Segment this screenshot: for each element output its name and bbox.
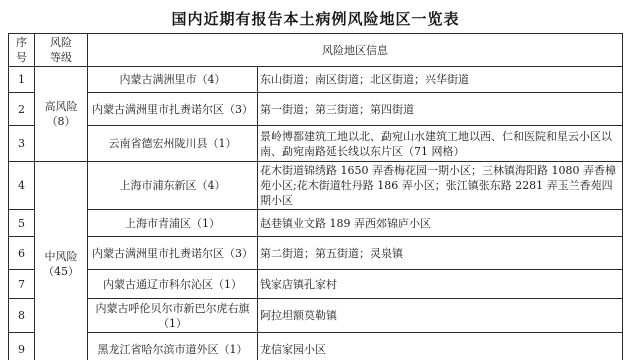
region-cell: 云南省德宏州陇川县（1） <box>88 126 258 162</box>
table-row: 1 高风险 （8） 内蒙古满洲里市（4） 东山街道；南区街道；北区街道；兴华街道 <box>9 67 623 93</box>
table-row: 2 内蒙古满洲里市扎赉诺尔区（3） 第一街道；第三街道；第四街道 <box>9 93 623 126</box>
risk-level-label: 中风险 <box>37 249 85 264</box>
risk-area-table: 序 号 风险 等级 风险地区信息 1 高风险 （8） 内蒙古满洲里市（4） 东山… <box>8 33 623 360</box>
row-index: 6 <box>9 237 35 270</box>
region-cell: 内蒙古满洲里市扎赉诺尔区（3） <box>88 93 258 126</box>
row-index: 8 <box>9 299 35 333</box>
table-row: 4 中风险 （45） 上海市浦东新区（4） 花木街道锦绣路 1650 弄香梅花园… <box>9 162 623 210</box>
info-cell: 龙信家园小区 <box>258 333 623 360</box>
table-header-row: 序 号 风险 等级 风险地区信息 <box>9 34 623 67</box>
info-cell: 花木街道锦绣路 1650 弄香梅花园一期小区；三林镇海阳路 1080 弄香樟苑小… <box>258 162 623 210</box>
row-index: 9 <box>9 333 35 360</box>
header-risk-area-info: 风险地区信息 <box>88 34 623 67</box>
risk-level-count: （8） <box>37 114 85 129</box>
table-row: 9 黑龙江省哈尔滨市道外区（1） 龙信家园小区 <box>9 333 623 360</box>
row-index: 5 <box>9 210 35 237</box>
risk-level-cell-high: 高风险 （8） <box>35 67 88 162</box>
risk-level-label: 高风险 <box>37 99 85 114</box>
table-row: 7 内蒙古通辽市科尔沁区（1） 钱家店镇孔家村 <box>9 270 623 299</box>
info-cell: 阿拉坦额莫勒镇 <box>258 299 623 333</box>
region-cell: 内蒙古呼伦贝尔市新巴尔虎右旗（1） <box>88 299 258 333</box>
row-index: 1 <box>9 67 35 93</box>
header-risk-level: 风险 等级 <box>35 34 88 67</box>
info-cell: 第一街道；第三街道；第四街道 <box>258 93 623 126</box>
risk-level-cell-medium: 中风险 （45） <box>35 162 88 360</box>
region-cell: 内蒙古满洲里市扎赉诺尔区（3） <box>88 237 258 270</box>
region-cell: 黑龙江省哈尔滨市道外区（1） <box>88 333 258 360</box>
table-row: 3 云南省德宏州陇川县（1） 景岭博都建筑工地以北、勐宛山水建筑工地以西、仁和医… <box>9 126 623 162</box>
info-cell: 赵巷镇业文路 189 弄西郊锦庐小区 <box>258 210 623 237</box>
info-cell: 第二街道；第五街道；灵泉镇 <box>258 237 623 270</box>
risk-level-count: （45） <box>37 264 85 279</box>
row-index: 2 <box>9 93 35 126</box>
region-cell: 上海市浦东新区（4） <box>88 162 258 210</box>
row-index: 7 <box>9 270 35 299</box>
info-cell: 钱家店镇孔家村 <box>258 270 623 299</box>
table-row: 5 上海市青浦区（1） 赵巷镇业文路 189 弄西郊锦庐小区 <box>9 210 623 237</box>
risk-area-document: 国内近期有报告本土病例风险地区一览表 序 号 风险 等级 风险地区信息 1 高风… <box>0 0 631 360</box>
page-title: 国内近期有报告本土病例风险地区一览表 <box>0 0 631 30</box>
table-row: 6 内蒙古满洲里市扎赉诺尔区（3） 第二街道；第五街道；灵泉镇 <box>9 237 623 270</box>
info-cell: 景岭博都建筑工地以北、勐宛山水建筑工地以西、仁和医院和星云小区以南、勐宛南路延长… <box>258 126 623 162</box>
header-index: 序 号 <box>9 34 35 67</box>
table-row: 8 内蒙古呼伦贝尔市新巴尔虎右旗（1） 阿拉坦额莫勒镇 <box>9 299 623 333</box>
region-cell: 上海市青浦区（1） <box>88 210 258 237</box>
row-index: 4 <box>9 162 35 210</box>
region-cell: 内蒙古满洲里市（4） <box>88 67 258 93</box>
info-cell: 东山街道；南区街道；北区街道；兴华街道 <box>258 67 623 93</box>
row-index: 3 <box>9 126 35 162</box>
region-cell: 内蒙古通辽市科尔沁区（1） <box>88 270 258 299</box>
